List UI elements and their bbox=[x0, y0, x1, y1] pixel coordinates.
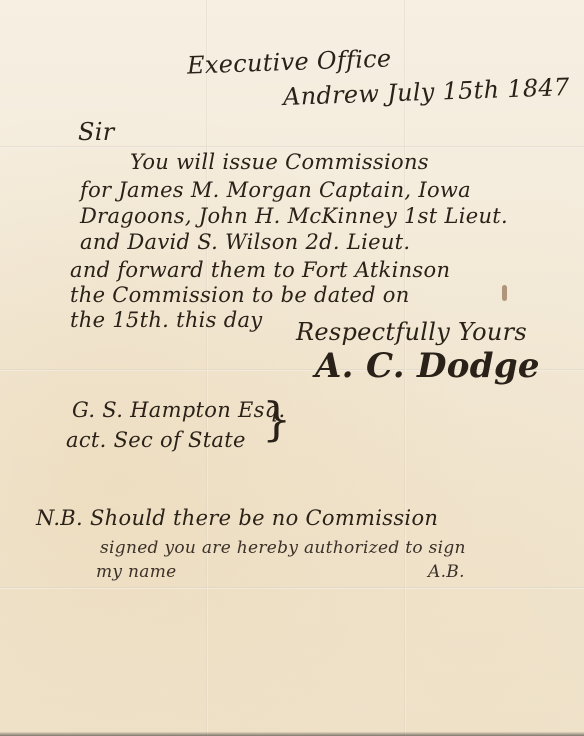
postscript-line: N.B. Should there be no Commission bbox=[36, 506, 438, 530]
body-line: for James M. Morgan Captain, Iowa bbox=[80, 178, 471, 202]
body-line: the 15th. this day bbox=[70, 308, 262, 332]
body-line: You will issue Commissions bbox=[130, 150, 429, 174]
heading-place-date: Andrew July 15th 1847 bbox=[283, 73, 570, 111]
brace-mark: } bbox=[262, 392, 292, 446]
fold-line bbox=[206, 0, 208, 736]
postscript-line: my name bbox=[96, 562, 177, 582]
salutation: Sir bbox=[78, 118, 115, 146]
postscript-initials: A.B. bbox=[428, 562, 465, 582]
fold-line bbox=[0, 146, 584, 148]
fold-line bbox=[0, 587, 584, 589]
paper-bottom-edge bbox=[0, 732, 584, 736]
addressee-title: act. Sec of State bbox=[66, 428, 246, 452]
body-line: Dragoons, John H. McKinney 1st Lieut. bbox=[80, 204, 508, 228]
body-line: and David S. Wilson 2d. Lieut. bbox=[80, 230, 410, 254]
body-line: and forward them to Fort Atkinson bbox=[70, 258, 450, 282]
ink-stain bbox=[502, 285, 507, 301]
addressee-name: G. S. Hampton Esq. bbox=[72, 398, 285, 422]
letter-page: Executive Office Andrew July 15th 1847 S… bbox=[0, 0, 584, 736]
heading-office: Executive Office bbox=[187, 44, 392, 79]
postscript-line: signed you are hereby authorized to sign bbox=[100, 538, 466, 558]
body-line: the Commission to be dated on bbox=[70, 283, 410, 307]
closing: Respectfully Yours bbox=[296, 318, 527, 346]
signature: A. C. Dodge bbox=[315, 346, 540, 386]
